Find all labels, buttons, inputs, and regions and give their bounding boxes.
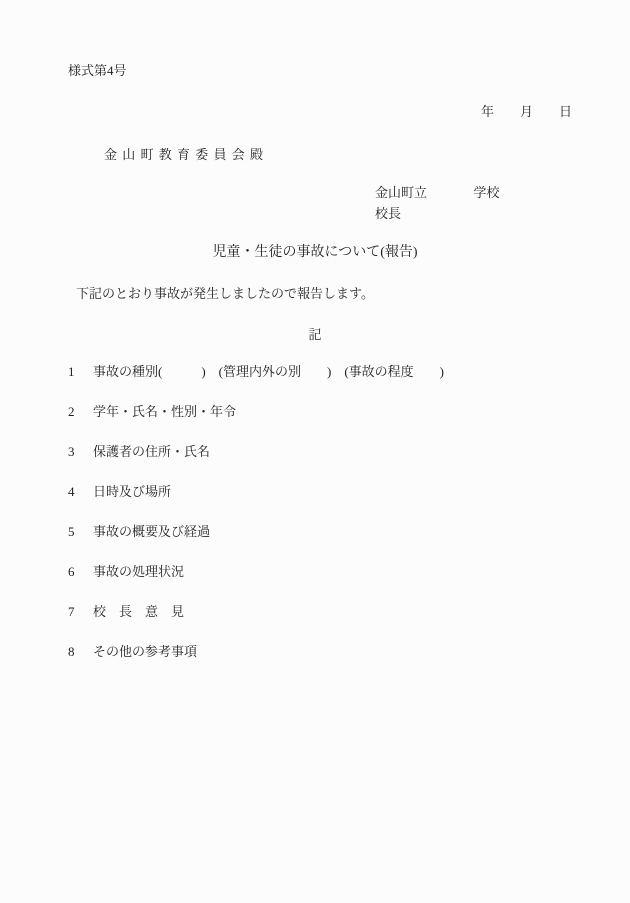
sender-municipality: 金山町立 (375, 185, 427, 200)
item-label: 事故の概要及び経過 (93, 525, 210, 538)
item-number: 3 (68, 445, 93, 458)
item-label: 事故の処理状況 (93, 565, 184, 578)
report-form-page: 様式第4号 年 月 日 金 山 町 教 育 委 員 会 殿 金山町立 学校 校長… (0, 0, 630, 903)
sender-line: 金山町立 学校 (375, 186, 500, 199)
item-number: 1 (68, 365, 93, 378)
document-title: 児童・生徒の事故について(報告) (0, 246, 630, 260)
list-item: 5 事故の概要及び経過 (68, 525, 610, 538)
list-item: 1 事故の種別( ) (管理内外の別 ) (事故の程度 ) (68, 365, 610, 378)
addressee: 金 山 町 教 育 委 員 会 殿 (104, 148, 264, 161)
item-number: 5 (68, 525, 93, 538)
item-label: 保護者の住所・氏名 (93, 445, 210, 458)
list-item: 8 その他の参考事項 (68, 645, 610, 658)
date-line: 年 月 日 (481, 105, 572, 118)
intro-sentence: 下記のとおり事故が発生しましたので報告します。 (76, 287, 374, 300)
item-label: 日時及び場所 (93, 485, 171, 498)
section-marker: 記 (0, 328, 630, 341)
item-number: 4 (68, 485, 93, 498)
item-label: その他の参考事項 (93, 645, 197, 658)
item-label: 事故の種別( ) (管理内外の別 ) (事故の程度 ) (93, 365, 444, 378)
item-number: 2 (68, 405, 93, 418)
list-item: 2 学年・氏名・性別・年令 (68, 405, 610, 418)
sender-block: 金山町立 学校 校長 (375, 186, 500, 220)
list-item: 6 事故の処理状況 (68, 565, 610, 578)
list-item: 4 日時及び場所 (68, 485, 610, 498)
item-label: 学年・氏名・性別・年令 (93, 405, 236, 418)
sender-principal-title: 校長 (375, 207, 500, 220)
sender-school-suffix: 学校 (474, 185, 500, 200)
item-number: 7 (68, 605, 93, 618)
item-list: 1 事故の種別( ) (管理内外の別 ) (事故の程度 ) 2 学年・氏名・性別… (68, 365, 610, 658)
list-item: 7 校 長 意 見 (68, 605, 610, 618)
list-item: 3 保護者の住所・氏名 (68, 445, 610, 458)
form-number: 様式第4号 (68, 64, 127, 77)
item-number: 6 (68, 565, 93, 578)
item-number: 8 (68, 645, 93, 658)
item-label: 校 長 意 見 (93, 605, 184, 618)
